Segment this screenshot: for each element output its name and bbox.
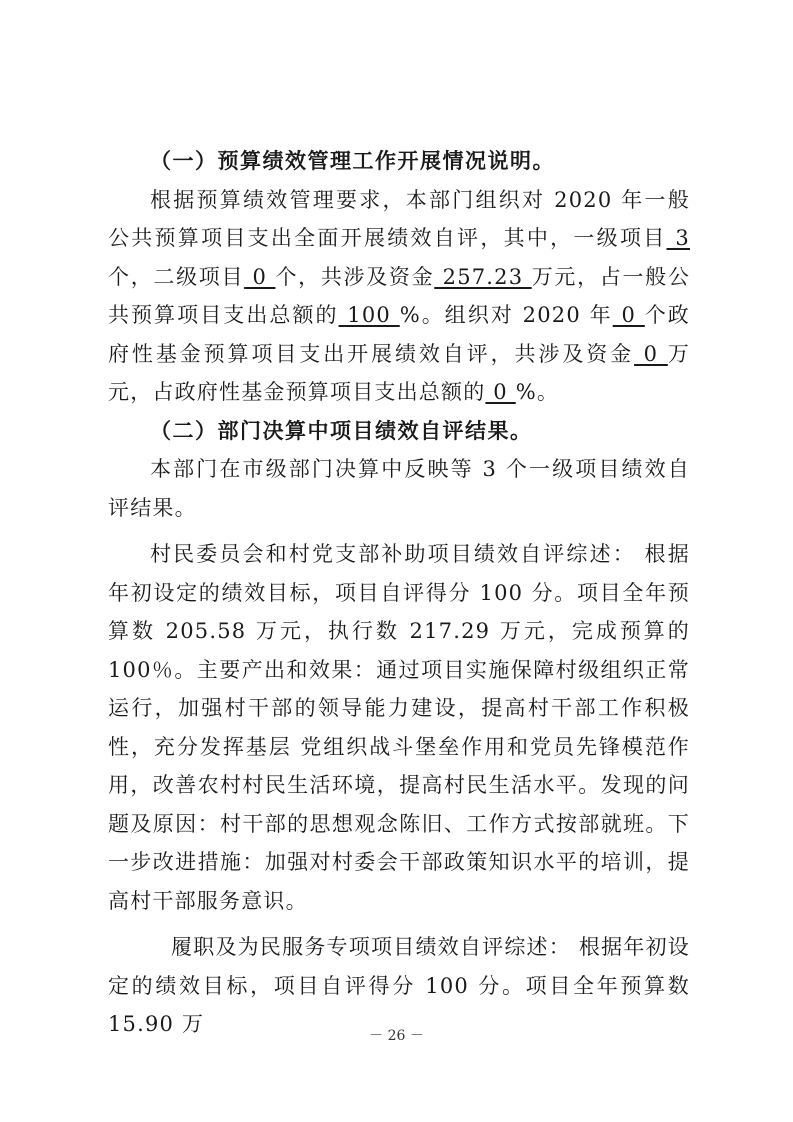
level2-project-count: 0 bbox=[244, 265, 275, 289]
text-run: 个，二级项目 bbox=[108, 265, 244, 289]
text-run: 个，共涉及资金 bbox=[275, 265, 434, 289]
gov-fund-percent: 0 bbox=[485, 380, 515, 404]
page-number: － 26 － bbox=[0, 1025, 793, 1045]
text-run: 根据预算绩效管理要求，本部门组织对 2020 年一般公共预算项目支出全面开展绩效… bbox=[108, 188, 690, 251]
text-run: %。 bbox=[516, 380, 559, 404]
document-page: （一）预算绩效管理工作开展情况说明。 根据预算绩效管理要求，本部门组织对 202… bbox=[108, 142, 690, 1044]
gov-fund-count: 0 bbox=[613, 303, 645, 327]
section-2-intro: 本部门在市级部门决算中反映等 3 个一级项目绩效自评结果。 bbox=[108, 450, 690, 527]
funds-percent: 100 bbox=[339, 303, 400, 327]
section-heading-2: （二）部门决算中项目绩效自评结果。 bbox=[108, 412, 690, 451]
text-run: %。组织对 2020 年 bbox=[400, 303, 613, 327]
section-heading-1: （一）预算绩效管理工作开展情况说明。 bbox=[108, 142, 690, 181]
funds-amount: 257.23 bbox=[434, 265, 531, 289]
section-1-paragraph: 根据预算绩效管理要求，本部门组织对 2020 年一般公共预算项目支出全面开展绩效… bbox=[108, 181, 690, 412]
gov-fund-amount: 0 bbox=[634, 342, 668, 366]
level1-project-count: 3 bbox=[666, 226, 690, 250]
project-1-summary: 村民委员会和村党支部补助项目绩效自评综述： 根据年初设定的绩效目标，项目自评得分… bbox=[108, 535, 690, 920]
